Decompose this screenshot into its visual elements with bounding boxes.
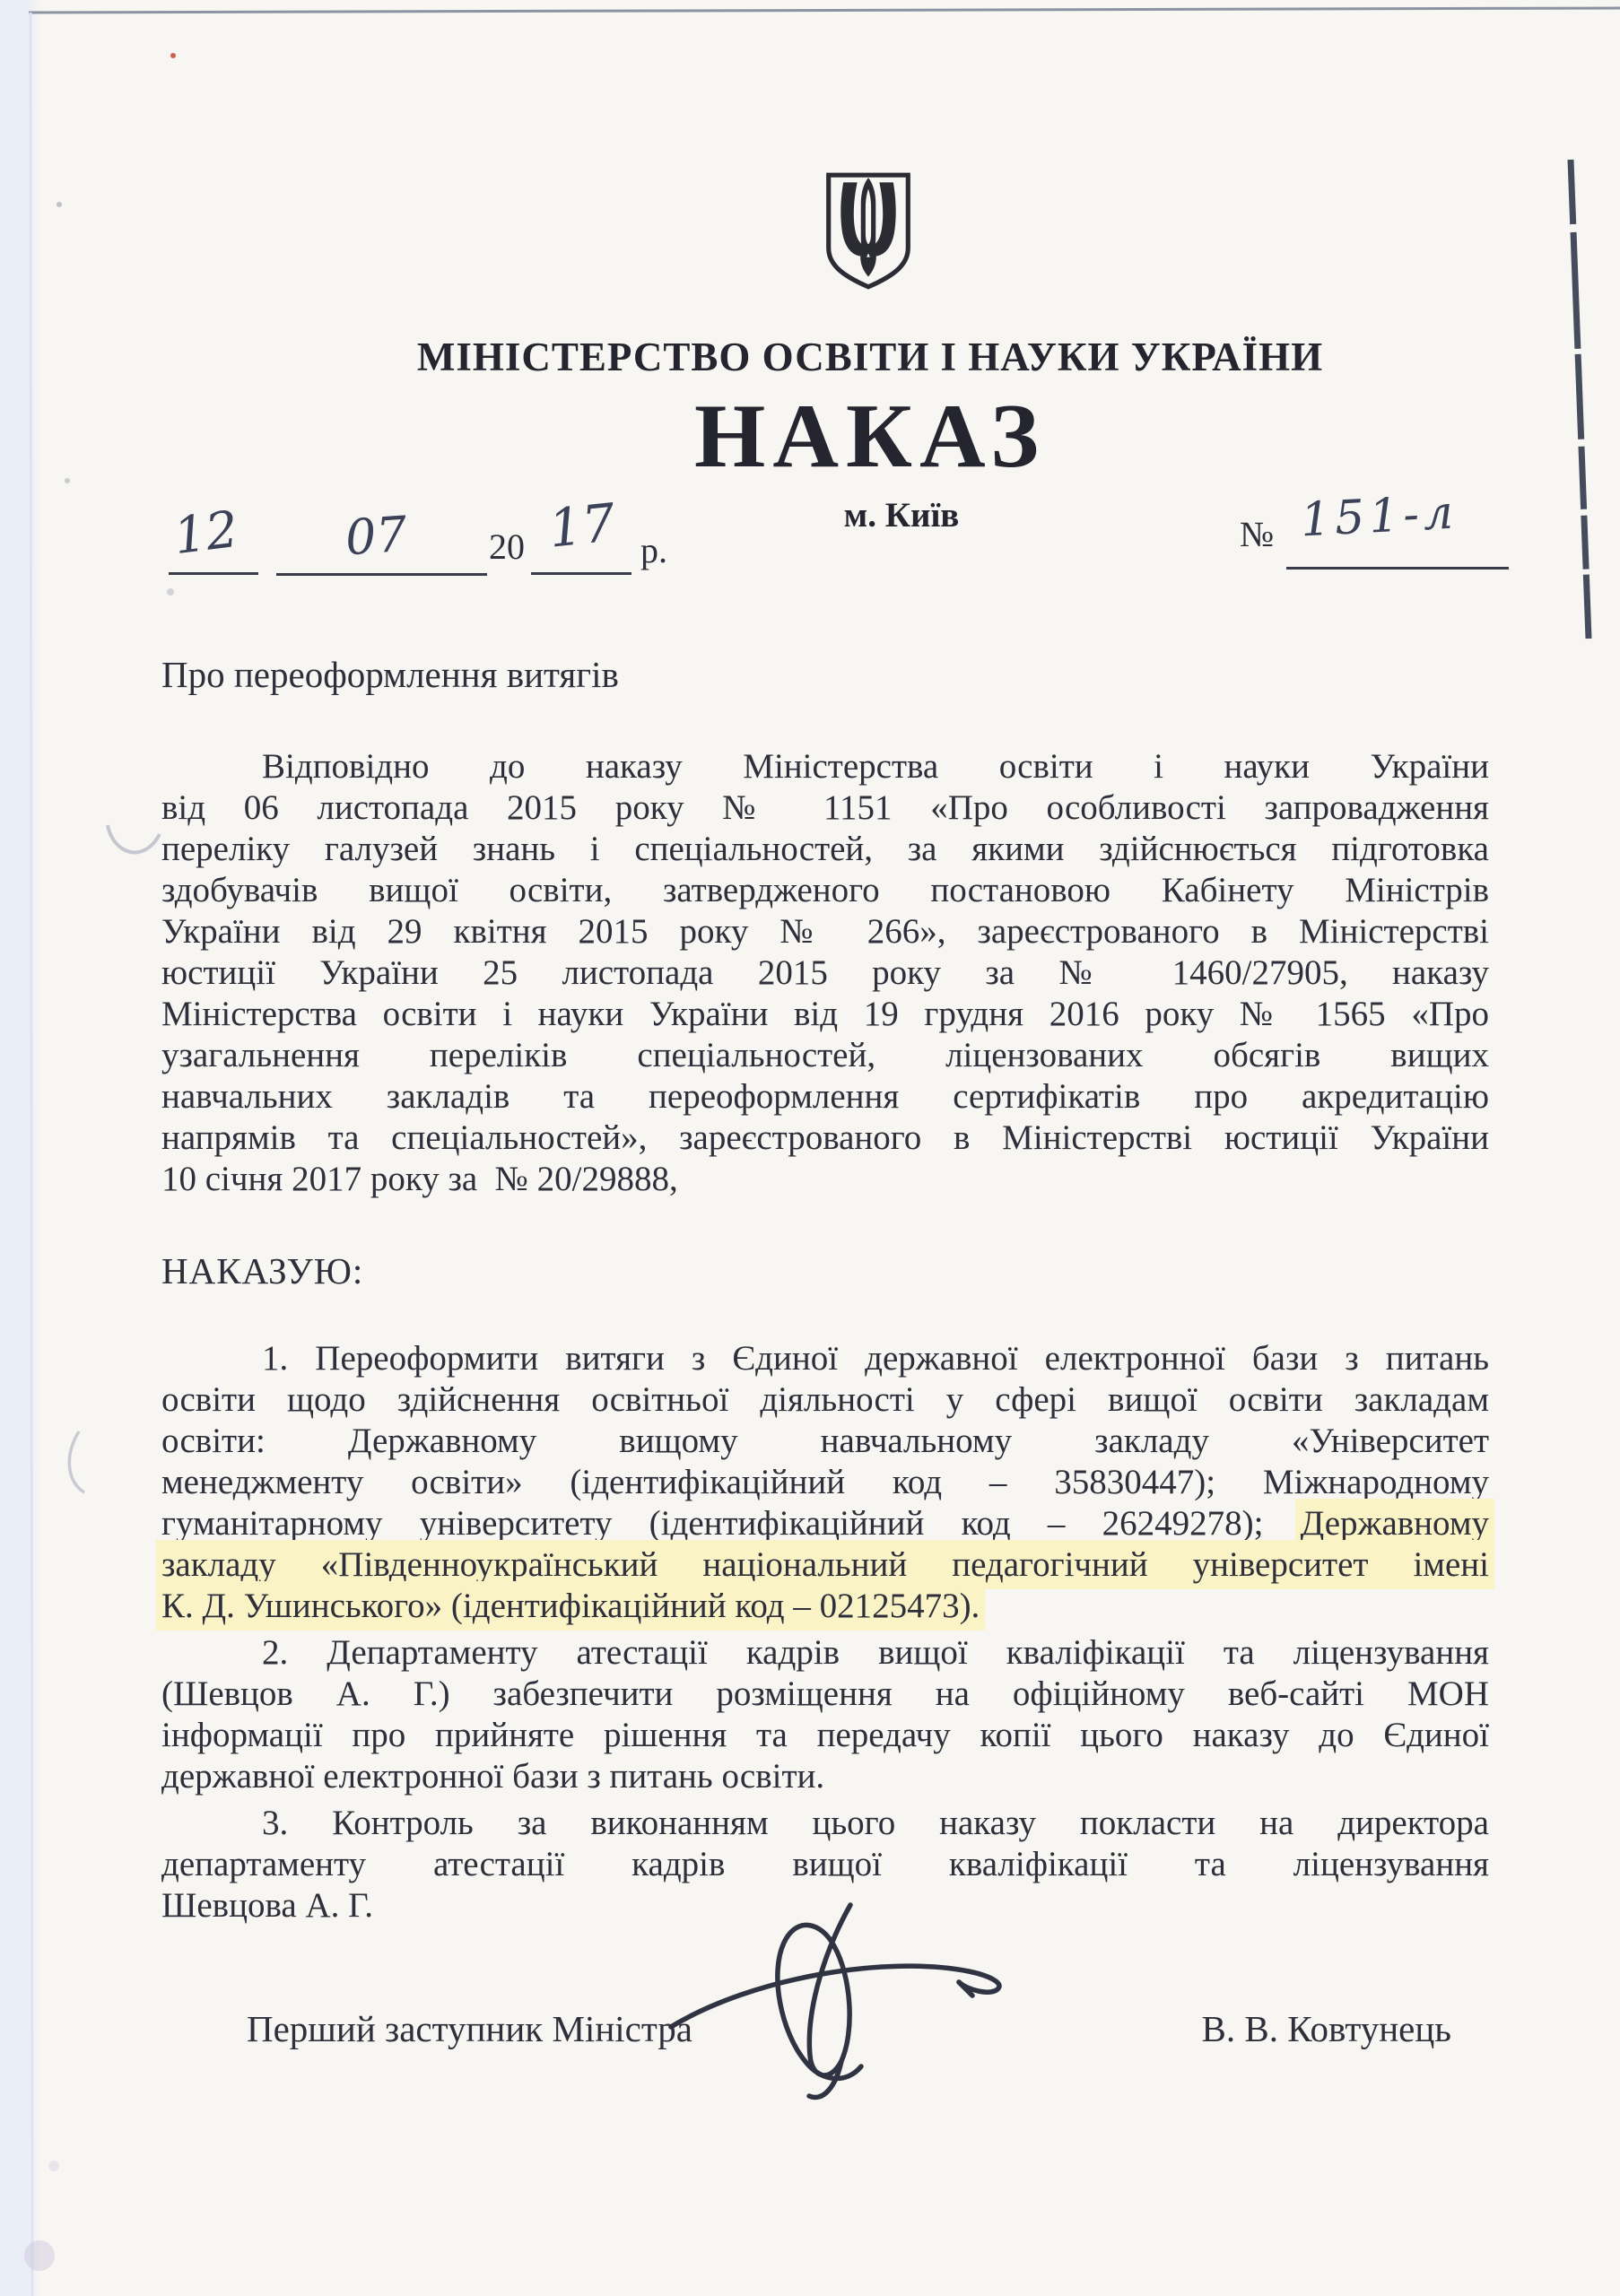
text-line: освіти: Державному вищому навчальному за… bbox=[161, 1421, 1489, 1462]
handwritten-year: 17 bbox=[546, 491, 619, 559]
highlighted-text: Державному bbox=[1301, 1504, 1489, 1543]
text-line: 1. Переоформити витяги з Єдиної державно… bbox=[161, 1338, 1489, 1379]
text-line: закладу «Південноукраїнський національни… bbox=[161, 1544, 1489, 1586]
date-underline-year bbox=[531, 572, 631, 575]
text-line: департаменту атестації кадрів вищої квал… bbox=[161, 1844, 1489, 1885]
text-line: України від 29 квітня 2015 року № 266», … bbox=[161, 911, 1489, 952]
ministry-title: МІНІСТЕРСТВО ОСВІТИ І НАУКИ УКРАЇНИ bbox=[117, 334, 1620, 380]
document-type-title: НАКАЗ bbox=[117, 384, 1620, 489]
highlighted-text: закладу «Південноукраїнський національни… bbox=[161, 1545, 1489, 1584]
document-body: Відповідно до наказу Міністерства освіти… bbox=[161, 746, 1489, 1932]
date-block: 12 07 20 17 р. bbox=[161, 499, 861, 615]
date-underline-day bbox=[169, 572, 258, 575]
signature-stroke bbox=[619, 1891, 1041, 2115]
text-line: освіти щодо здійснення освітньої діяльно… bbox=[161, 1379, 1489, 1421]
text-line: юстиції України 25 листопада 2015 року з… bbox=[161, 952, 1489, 994]
signer-name: В. В. Ковтунець bbox=[1202, 2007, 1452, 2050]
order-item-1: 1. Переоформити витяги з Єдиної державно… bbox=[161, 1338, 1489, 1627]
text-line: 3. Контроль за виконанням цього наказу п… bbox=[161, 1803, 1489, 1844]
text-line: Міністерства освіти і науки України від … bbox=[161, 994, 1489, 1035]
handwritten-day: 12 bbox=[170, 500, 241, 566]
signer-position: Перший заступник Міністра bbox=[247, 2007, 692, 2050]
date-underline-month bbox=[276, 573, 487, 576]
text-line: К. Д. Ушинського» (ідентифікаційний код … bbox=[161, 1586, 1489, 1627]
intro-paragraph: Відповідно до наказу Міністерства освіти… bbox=[161, 746, 1489, 1200]
year-unit-label: р. bbox=[640, 529, 667, 571]
text-line: менеджменту освіти» (ідентифікаційний ко… bbox=[161, 1462, 1489, 1503]
text-line: гуманітарному університету (ідентифікаці… bbox=[161, 1503, 1489, 1544]
text-line: 2. Департаменту атестації кадрів вищої к… bbox=[161, 1632, 1489, 1674]
handwritten-month: 07 bbox=[344, 506, 409, 567]
text-line: узагальнення переліків спеціальностей, л… bbox=[161, 1035, 1489, 1076]
text-line: напрямів та спеціальностей», зареєстрова… bbox=[161, 1118, 1489, 1159]
subject-line: Про переоформлення витягів bbox=[161, 653, 619, 696]
handwritten-order-number: 151-л bbox=[1300, 485, 1459, 547]
number-underline bbox=[1286, 567, 1509, 570]
text-line: 10 січня 2017 року за № 20/29888, bbox=[161, 1159, 1489, 1200]
text-line: від 06 листопада 2015 року № 1151 «Про о… bbox=[161, 787, 1489, 829]
highlighted-text: К. Д. Ушинського» (ідентифікаційний код … bbox=[161, 1587, 980, 1625]
text-line: інформації про прийняте рішення та перед… bbox=[161, 1715, 1489, 1756]
order-heading: НАКАЗУЮ: bbox=[161, 1250, 1489, 1291]
text-line: державної електронної бази з питань осві… bbox=[161, 1756, 1489, 1797]
text-line: навчальних закладів та переоформлення се… bbox=[161, 1076, 1489, 1118]
scanned-order-document: МІНІСТЕРСТВО ОСВІТИ І НАУКИ УКРАЇНИ НАКА… bbox=[0, 0, 1620, 2296]
ukraine-trident-emblem bbox=[822, 170, 915, 292]
number-sign-label: № bbox=[1240, 513, 1274, 555]
text-line: переліку галузей знань і спеціальностей,… bbox=[161, 829, 1489, 870]
text-line: здобувачів вищої освіти, затвердженого п… bbox=[161, 870, 1489, 911]
text-line: Відповідно до наказу Міністерства освіти… bbox=[161, 746, 1489, 787]
order-number-block: № 151-л bbox=[1240, 491, 1527, 599]
text-line: (Шевцов А. Г.) забезпечити розміщення на… bbox=[161, 1674, 1489, 1715]
printed-year-prefix: 20 bbox=[489, 526, 525, 568]
order-item-2: 2. Департаменту атестації кадрів вищої к… bbox=[161, 1632, 1489, 1797]
